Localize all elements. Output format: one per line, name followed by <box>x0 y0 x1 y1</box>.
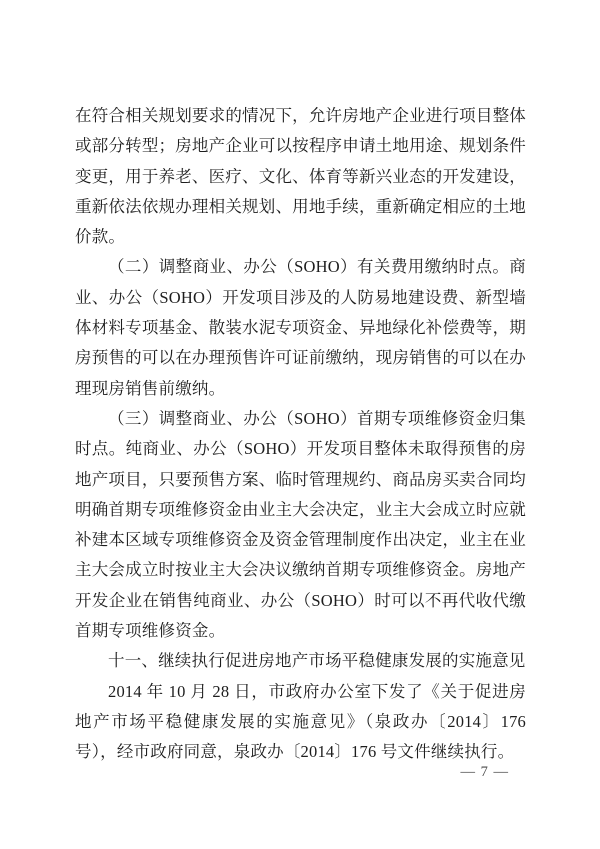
paragraph-item-two: （二）调整商业、办公（SOHO）有关费用缴纳时点。商业、办公（SOHO）开发项目… <box>75 252 526 403</box>
document-page: 在符合相关规划要求的情况下，允许房地产企业进行项目整体或部分转型；房地产企业可以… <box>0 0 600 849</box>
paragraph-closing: 2014 年 10 月 28 日，市政府办公室下发了《关于促进房地产市场平稳健康… <box>75 677 526 768</box>
page-number: — 7 — <box>461 763 510 781</box>
paragraph-continuation: 在符合相关规划要求的情况下，允许房地产企业进行项目整体或部分转型；房地产企业可以… <box>75 101 526 252</box>
document-body: 在符合相关规划要求的情况下，允许房地产企业进行项目整体或部分转型；房地产企业可以… <box>75 101 526 768</box>
paragraph-item-three: （三）调整商业、办公（SOHO）首期专项维修资金归集时点。纯商业、办公（SOHO… <box>75 404 526 646</box>
section-heading-eleven: 十一、继续执行促进房地产市场平稳健康发展的实施意见 <box>75 646 526 676</box>
